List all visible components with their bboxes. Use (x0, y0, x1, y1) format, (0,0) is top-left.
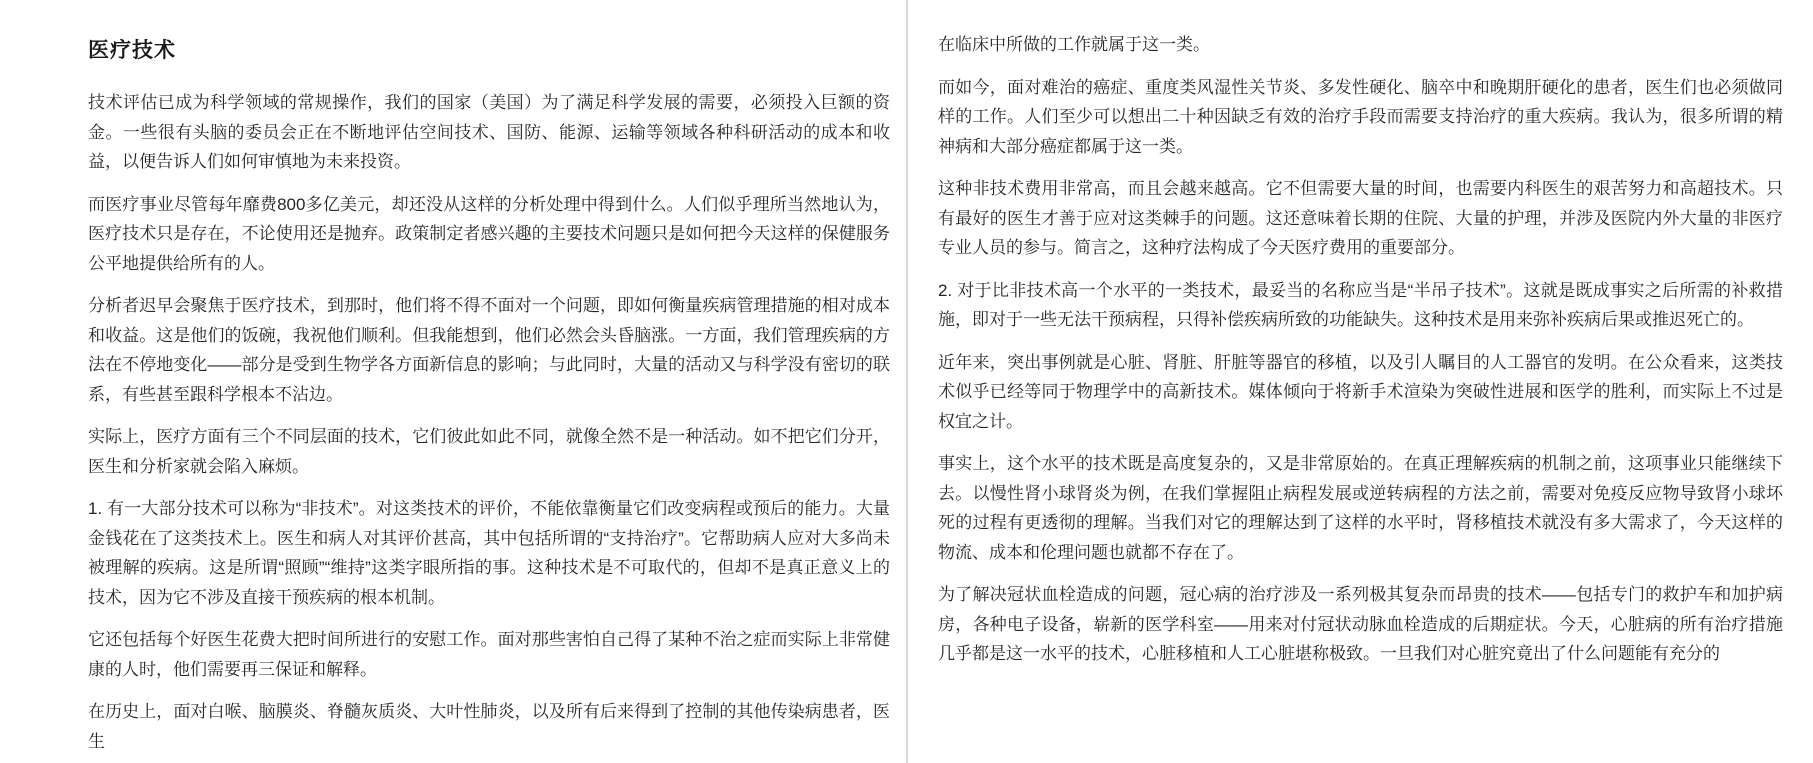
paragraph: 近年来，突出事例就是心脏、肾脏、肝脏等器官的移植，以及引人瞩目的人工器官的发明。… (938, 348, 1783, 437)
paragraph: 1. 有一大部分技术可以称为“非技术”。对这类技术的评价，不能依靠衡量它们改变病… (88, 494, 890, 612)
paragraph: 而如今，面对难治的癌症、重度类风湿性关节炎、多发性硬化、脑卒中和晚期肝硬化的患者… (938, 73, 1783, 162)
paragraph: 在历史上，面对白喉、脑膜炎、脊髓灰质炎、大叶性肺炎，以及所有后来得到了控制的其他… (88, 697, 890, 756)
page-divider (906, 0, 908, 763)
paragraph: 而医疗事业尽管每年靡费800多亿美元，却还没从这样的分析处理中得到什么。人们似乎… (88, 190, 890, 279)
paragraph: 它还包括每个好医生花费大把时间所进行的安慰工作。面对那些害怕自己得了某种不治之症… (88, 625, 890, 684)
paragraph: 技术评估已成为科学领域的常规操作，我们的国家（美国）为了满足科学发展的需要，必须… (88, 88, 890, 177)
paragraph: 事实上，这个水平的技术既是高度复杂的，又是非常原始的。在真正理解疾病的机制之前，… (938, 449, 1783, 567)
document-page-left: 医疗技术 技术评估已成为科学领域的常规操作，我们的国家（美国）为了满足科学发展的… (88, 38, 890, 758)
paragraph: 在临床中所做的工作就属于这一类。 (938, 30, 1783, 60)
paragraph: 实际上，医疗方面有三个不同层面的技术，它们彼此如此不同，就像全然不是一种活动。如… (88, 422, 890, 481)
document-page-right: 在临床中所做的工作就属于这一类。 而如今，面对难治的癌症、重度类风湿性关节炎、多… (938, 30, 1783, 758)
paragraph: 2. 对于比非技术高一个水平的一类技术，最妥当的名称应当是“半吊子技术”。这就是… (938, 276, 1783, 335)
document-viewer: 医疗技术 技术评估已成为科学领域的常规操作，我们的国家（美国）为了满足科学发展的… (0, 0, 1813, 763)
paragraph: 分析者迟早会聚焦于医疗技术，到那时，他们将不得不面对一个问题，即如何衡量疾病管理… (88, 291, 890, 409)
paragraph: 为了解决冠状血栓造成的问题，冠心病的治疗涉及一系列极其复杂而昂贵的技术——包括专… (938, 580, 1783, 669)
document-title: 医疗技术 (88, 38, 890, 64)
paragraph: 这种非技术费用非常高，而且会越来越高。它不但需要大量的时间，也需要内科医生的艰苦… (938, 174, 1783, 263)
